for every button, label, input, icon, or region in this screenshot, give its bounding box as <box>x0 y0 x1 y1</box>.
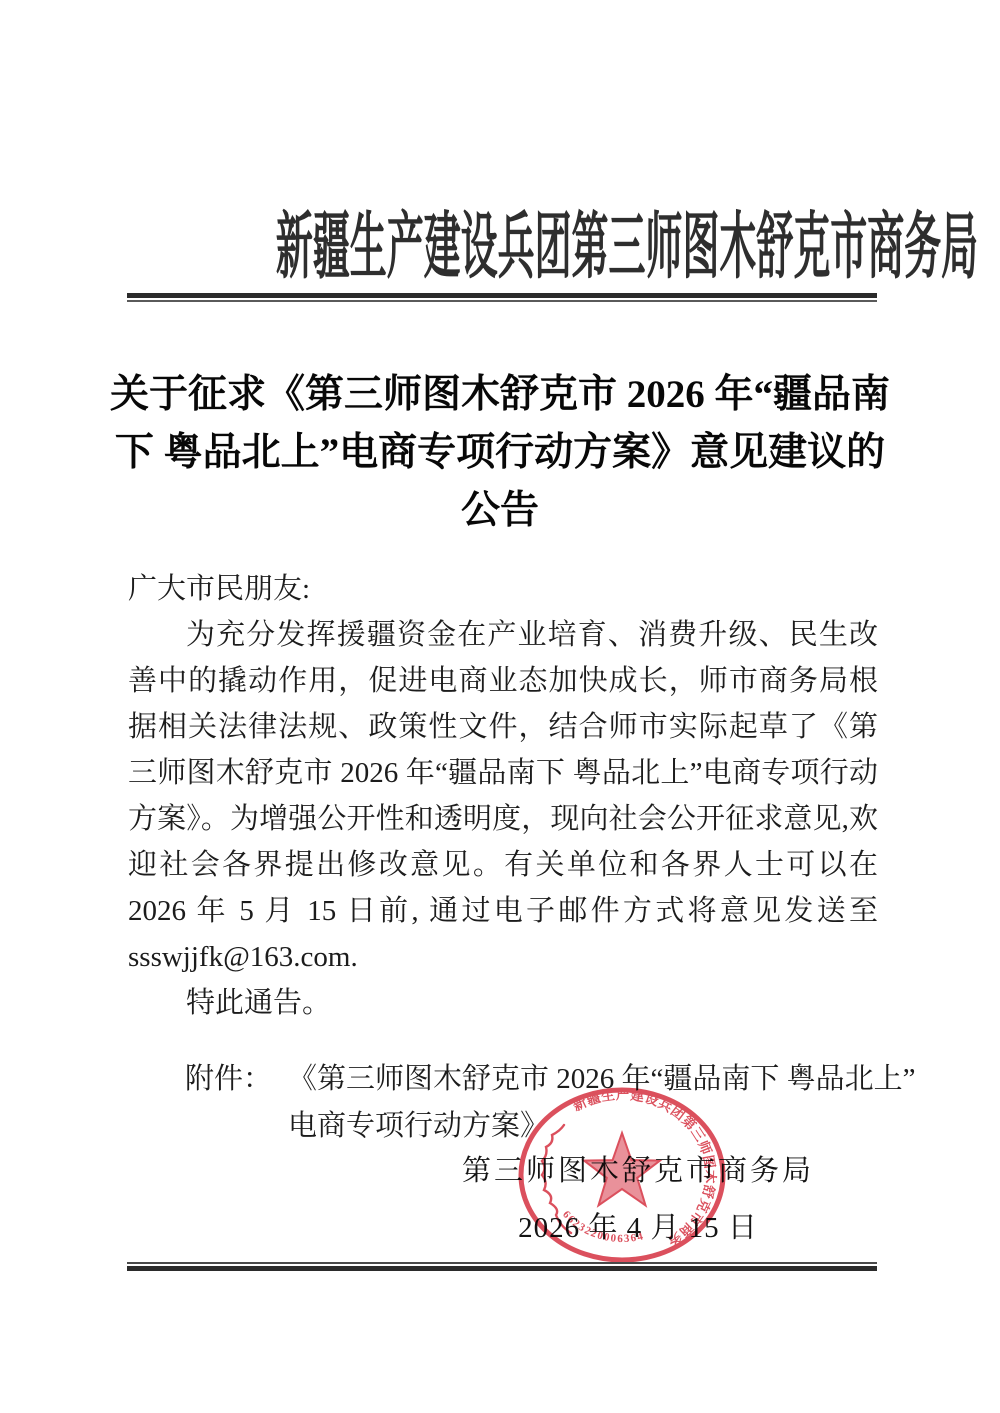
attachment-block: 附件： 《第三师图木舒克市 2026 年“疆品南下 粤品北上” 电商专项行动方案… <box>128 1056 878 1150</box>
official-seal: 新疆生产建设兵团第三师图木舒克市商务局 6623220006364 <box>514 1083 730 1267</box>
document-body: 广大市民朋友: 为充分发挥援疆资金在产业培育、消费升级、民生改善中的撬动作用，促… <box>128 566 878 1150</box>
salutation: 广大市民朋友: <box>128 566 878 612</box>
letterhead: 新疆生产建设兵团第三师图木舒克市商务局 <box>0 188 1000 283</box>
title-line-2: 下 粤品北上”电商专项行动方案》意见建议的 <box>60 424 940 482</box>
seal-star-icon <box>584 1133 660 1205</box>
footer-divider-rule <box>127 1262 877 1271</box>
title-line-1: 关于征求《第三师图木舒克市 2026 年“疆品南 <box>60 366 940 424</box>
document-page: 新疆生产建设兵团第三师图木舒克市商务局 关于征求《第三师图木舒克市 2026 年… <box>0 0 1000 1413</box>
seal-code-text: 6623220006364 <box>560 1209 646 1245</box>
attachment-label: 附件： <box>185 1056 272 1150</box>
letterhead-divider-rule <box>127 293 877 302</box>
letterhead-org-name: 新疆生产建设兵团第三师图木舒克市商务局 <box>276 188 978 293</box>
closing-line: 特此通告。 <box>128 980 878 1026</box>
title-line-3: 公告 <box>60 482 940 540</box>
body-paragraph: 为充分发挥援疆资金在产业培育、消费升级、民生改善中的撬动作用，促进电商业态加快成… <box>128 612 878 980</box>
document-title: 关于征求《第三师图木舒克市 2026 年“疆品南 下 粤品北上”电商专项行动方案… <box>60 366 940 540</box>
